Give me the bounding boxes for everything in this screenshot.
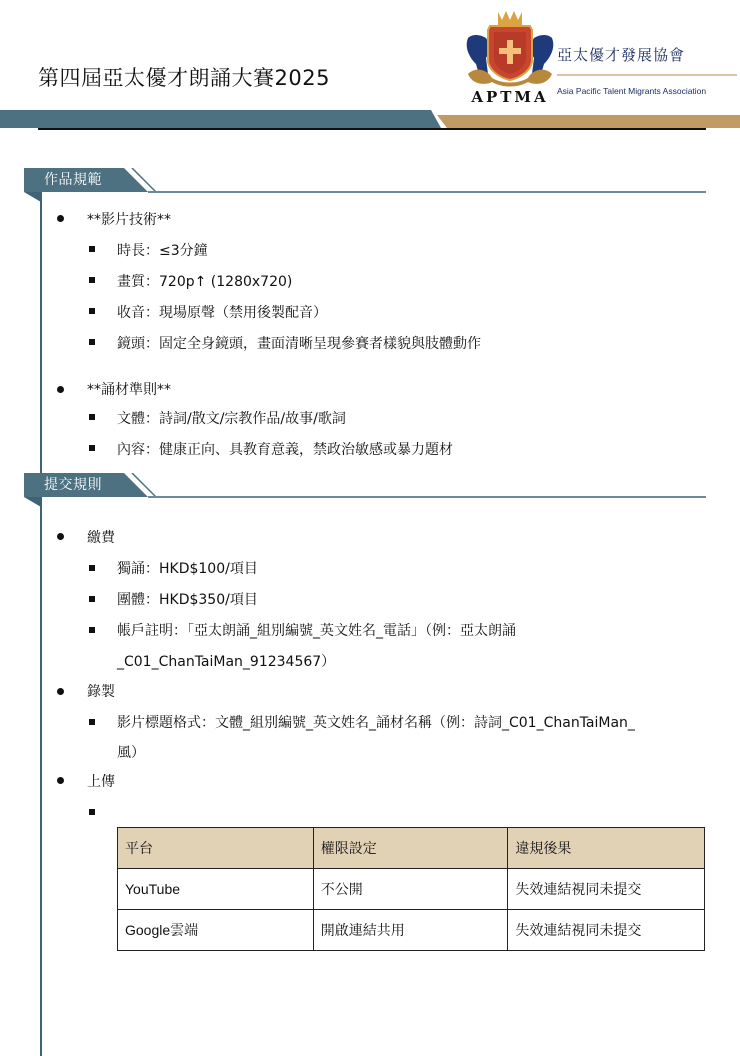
- bullet-square-icon: [89, 308, 95, 314]
- list-item: 鏡頭：固定全身鏡頭，畫面清晰呈現參賽者樣貌與肢體動作: [117, 333, 481, 353]
- section-tab-label: 提交規則: [44, 474, 102, 494]
- bullet-square-icon: [89, 719, 95, 725]
- bullet-square-icon: [89, 445, 95, 451]
- list-item: 帳戶註明：「亞太朗誦_組別編號_英文姓名_電話」（例：亞太朗誦: [117, 620, 516, 640]
- bullet-square-icon: [89, 596, 95, 602]
- list-item-continuation: 風）: [117, 742, 145, 762]
- bullet-dot-icon: [57, 215, 64, 222]
- list-item: 影片標題格式：文體_組別編號_英文姓名_誦材名稱（例：詩詞_C01_ChanTa…: [117, 712, 635, 732]
- table-cell-consequence: 失效連結視同未提交: [508, 869, 705, 910]
- bullet-dot-icon: [57, 777, 64, 784]
- list-item: 收音：現場原聲（禁用後製配音）: [117, 302, 327, 322]
- section-tab-label: 作品規範: [44, 169, 102, 189]
- list-item: 內容：健康正向、具教育意義，禁政治敏感或暴力題材: [117, 439, 453, 459]
- list-heading: **影片技術**: [87, 209, 171, 229]
- section-tab-submission-rules: 提交規則: [24, 473, 714, 509]
- list-heading: 錄製: [87, 681, 115, 701]
- bullet-dot-icon: [57, 533, 64, 540]
- table-row: YouTube 不公開 失效連結視同未提交: [118, 869, 705, 910]
- bullet-square-icon: [89, 565, 95, 571]
- header-rule: [38, 128, 706, 130]
- bullet-square-icon: [89, 339, 95, 345]
- bullet-square-icon: [89, 246, 95, 252]
- org-name-english: Asia Pacific Talent Migrants Association: [557, 86, 706, 96]
- bullet-square-icon: [89, 277, 95, 283]
- upload-platform-table: 平台 權限設定 違規後果 YouTube 不公開 失效連結視同未提交 Googl…: [117, 827, 705, 951]
- table-row: Google雲端 開啟連結共用 失效連結視同未提交: [118, 910, 705, 951]
- org-name-divider: [557, 74, 737, 76]
- table-header-consequence: 違規後果: [508, 828, 705, 869]
- table-cell-platform: YouTube: [118, 869, 314, 910]
- bullet-dot-icon: [57, 688, 64, 695]
- table-cell-consequence: 失效連結視同未提交: [508, 910, 705, 951]
- list-item: 畫質：720p↑ (1280x720): [117, 271, 292, 291]
- table-header-platform: 平台: [118, 828, 314, 869]
- left-margin-rule: [40, 190, 42, 1056]
- list-item: 獨誦：HKD$100/項目: [117, 558, 258, 578]
- table-cell-platform: Google雲端: [118, 910, 314, 951]
- list-item-continuation: _C01_ChanTaiMan_91234567）: [117, 651, 335, 671]
- bullet-square-icon: [89, 809, 95, 815]
- table-header-row: 平台 權限設定 違規後果: [118, 828, 705, 869]
- section-tab-work-specs: 作品規範: [24, 168, 714, 204]
- table-cell-permission: 不公開: [313, 869, 508, 910]
- list-item: 文體：詩詞/散文/宗教作品/故事/歌詞: [117, 408, 346, 428]
- bullet-square-icon: [89, 414, 95, 420]
- bullet-dot-icon: [57, 386, 64, 393]
- org-name-chinese: 亞太優才發展協會: [557, 44, 685, 65]
- list-heading: 繳費: [87, 527, 115, 547]
- document-title: 第四屆亞太優才朗誦大賽2025: [38, 62, 330, 92]
- list-item: 團體：HKD$350/項目: [117, 589, 258, 609]
- list-heading: **誦材準則**: [87, 379, 171, 399]
- table-cell-permission: 開啟連結共用: [313, 910, 508, 951]
- list-item: 時長：≤3分鐘: [117, 240, 208, 260]
- crest-logo-icon: APTMA: [462, 8, 558, 104]
- table-header-permission: 權限設定: [313, 828, 508, 869]
- bullet-square-icon: [89, 627, 95, 633]
- svg-text:APTMA: APTMA: [470, 88, 548, 104]
- list-heading: 上傳: [87, 771, 115, 791]
